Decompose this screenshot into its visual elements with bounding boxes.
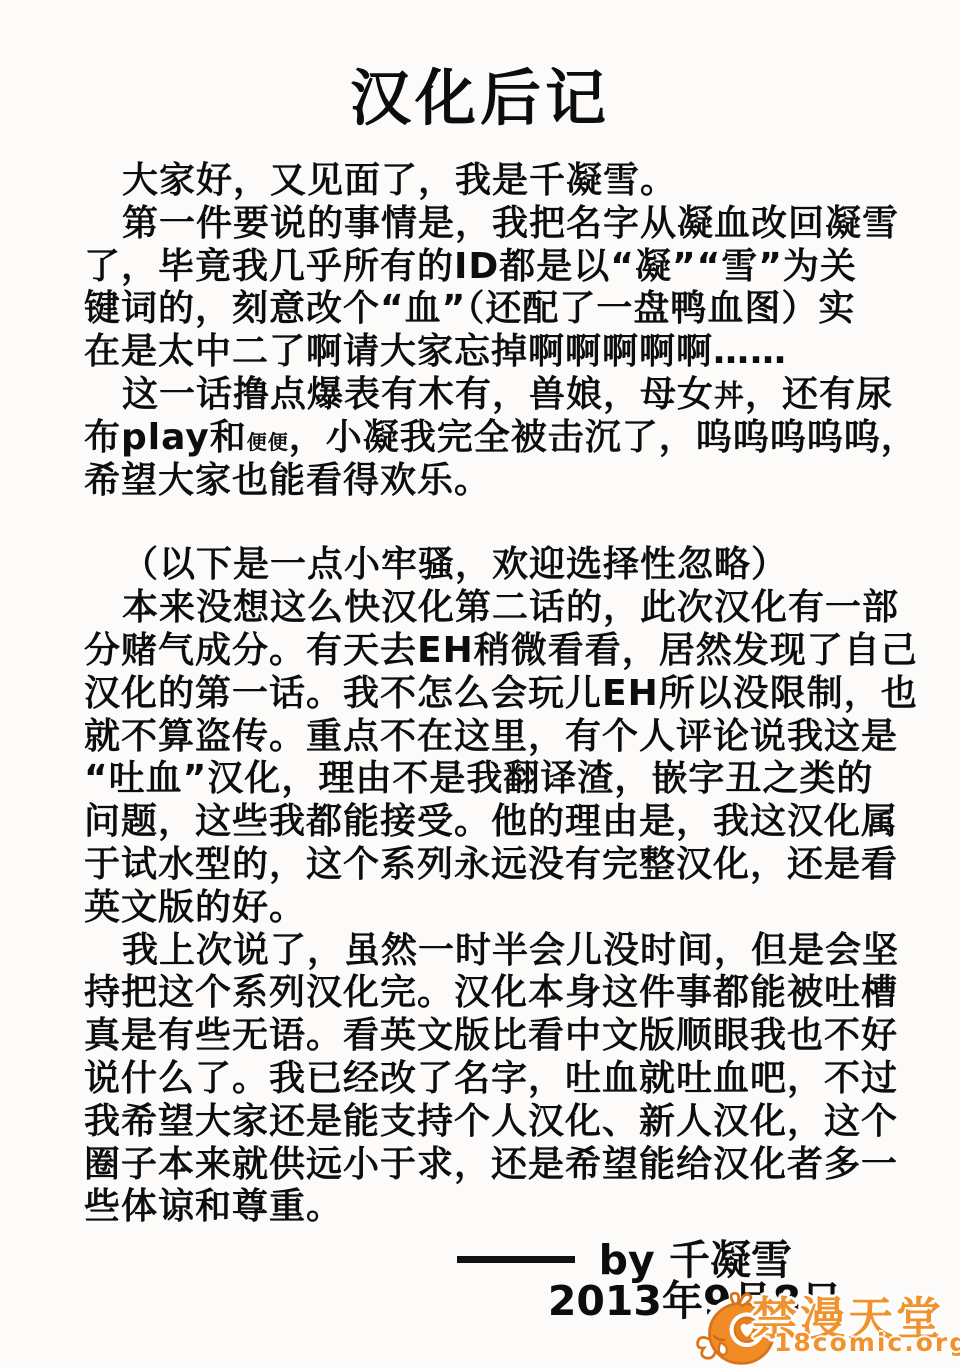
body-line: 英文版的好。 xyxy=(84,887,894,930)
body-text-segment: 键词的，刻意改个“血”（还配了一盘鸭血图）实 xyxy=(84,288,855,329)
watermark-site-url: 18comic.org xyxy=(774,1328,960,1357)
body-text-segment: 便便 xyxy=(247,430,289,454)
body-line: 第一件要说的事情是，我把名字从凝血改回凝雪 xyxy=(84,203,894,246)
body-line: 在是太中二了啊请大家忘掉啊啊啊啊啊…… xyxy=(84,331,894,374)
signature-dash xyxy=(457,1256,575,1263)
page-title: 汉化后记 xyxy=(0,50,960,137)
body-line: 问题，这些我都能接受。他的理由是，我这汉化属 xyxy=(84,801,894,844)
body-text-segment: 我希望大家还是能支持个人汉化、新人汉化，这个 xyxy=(84,1101,898,1142)
body-line: 真是有些无语。看英文版比看中文版顺眼我也不好 xyxy=(84,1015,894,1058)
body-text: 大家好，又见面了，我是千凝雪。第一件要说的事情是，我把名字从凝血改回凝雪了，毕竟… xyxy=(84,160,894,1229)
body-text-segment: 丼 xyxy=(714,379,745,414)
body-line: 希望大家也能看得欢乐。 xyxy=(84,460,894,503)
body-text-segment: 我上次说了，虽然一时半会儿没时间，但是会坚 xyxy=(122,930,899,971)
body-line: 于试水型的，这个系列永远没有完整汉化，还是看 xyxy=(84,844,894,887)
body-line: 些体谅和尊重。 xyxy=(84,1186,894,1229)
body-line: 我上次说了，虽然一时半会儿没时间，但是会坚 xyxy=(84,930,894,973)
site-watermark: 禁漫天堂 18comic.org xyxy=(694,1282,956,1368)
body-line: （以下是一点小牢骚，欢迎选择性忽略） xyxy=(84,544,894,587)
paragraph-gap xyxy=(84,502,894,544)
body-text-segment: ，小凝我完全被击沉了，呜呜呜呜呜， xyxy=(289,417,918,458)
body-line: 圈子本来就供远小于求，还是希望能给汉化者多一 xyxy=(84,1144,894,1187)
body-line: “吐血”汉化，理由不是我翻译渣，嵌字丑之类的 xyxy=(84,758,894,801)
body-text-segment: ，还有尿 xyxy=(745,374,893,415)
body-line: 本来没想这么快汉化第二话的，此次汉化有一部 xyxy=(84,587,894,630)
body-text-segment: 些体谅和尊重。 xyxy=(84,1186,343,1227)
body-text-segment: 本来没想这么快汉化第二话的，此次汉化有一部 xyxy=(122,587,899,628)
body-text-segment: 大家好，又见面了，我是千凝雪。 xyxy=(122,160,677,201)
body-line: 分赌气成分。有天去EH稍微看看，居然发现了自己 xyxy=(84,630,894,673)
body-line: 我希望大家还是能支持个人汉化、新人汉化，这个 xyxy=(84,1101,894,1144)
body-text-segment: 希望大家也能看得欢乐。 xyxy=(84,460,491,501)
body-line: 大家好，又见面了，我是千凝雪。 xyxy=(84,160,894,203)
body-text-segment: 于试水型的，这个系列永远没有完整汉化，还是看 xyxy=(84,844,898,885)
body-line: 了，毕竟我几乎所有的ID都是以“凝”“雪”为关 xyxy=(84,246,894,289)
body-text-segment: 就不算盗传。重点不在这里，有个人评论说我这是 xyxy=(84,716,898,757)
body-text-segment: 这一话撸点爆表有木有，兽娘，母女 xyxy=(122,374,714,415)
body-text-segment: 说什么了。我已经改了名字，吐血就吐血吧，不过 xyxy=(84,1058,898,1099)
body-line: 说什么了。我已经改了名字，吐血就吐血吧，不过 xyxy=(84,1058,894,1101)
body-text-segment: 了，毕竟我几乎所有的ID都是以“凝”“雪”为关 xyxy=(84,246,857,287)
body-text-segment: 问题，这些我都能接受。他的理由是，我这汉化属 xyxy=(84,801,898,842)
body-line: 布play和便便，小凝我完全被击沉了，呜呜呜呜呜， xyxy=(84,417,894,460)
body-line: 汉化的第一话。我不怎么会玩儿EH所以没限制，也 xyxy=(84,673,894,716)
afterword-page: 汉化后记 大家好，又见面了，我是千凝雪。第一件要说的事情是，我把名字从凝血改回凝… xyxy=(0,0,960,1368)
body-text-segment: 持把这个系列汉化完。汉化本身这件事都能被吐槽 xyxy=(84,972,898,1013)
body-text-segment: “吐血”汉化，理由不是我翻译渣，嵌字丑之类的 xyxy=(84,758,873,799)
body-text-segment: 英文版的好。 xyxy=(84,887,306,928)
body-line: 键词的，刻意改个“血”（还配了一盘鸭血图）实 xyxy=(84,288,894,331)
body-text-segment: 圈子本来就供远小于求，还是希望能给汉化者多一 xyxy=(84,1144,898,1185)
body-text-segment: 汉化的第一话。我不怎么会玩儿EH所以没限制，也 xyxy=(84,673,918,714)
body-text-segment: 第一件要说的事情是，我把名字从凝血改回凝雪 xyxy=(122,203,899,244)
body-text-segment: 分赌气成分。有天去EH稍微看看，居然发现了自己 xyxy=(84,630,918,671)
body-text-segment: 真是有些无语。看英文版比看中文版顺眼我也不好 xyxy=(84,1015,898,1056)
body-text-segment: 布play和 xyxy=(84,417,247,458)
body-line: 就不算盗传。重点不在这里，有个人评论说我这是 xyxy=(84,716,894,759)
body-text-segment: （以下是一点小牢骚，欢迎选择性忽略） xyxy=(122,544,788,585)
body-line: 持把这个系列汉化完。汉化本身这件事都能被吐槽 xyxy=(84,972,894,1015)
body-line: 这一话撸点爆表有木有，兽娘，母女丼，还有尿 xyxy=(84,374,894,417)
body-text-segment: 在是太中二了啊请大家忘掉啊啊啊啊啊…… xyxy=(84,331,787,372)
